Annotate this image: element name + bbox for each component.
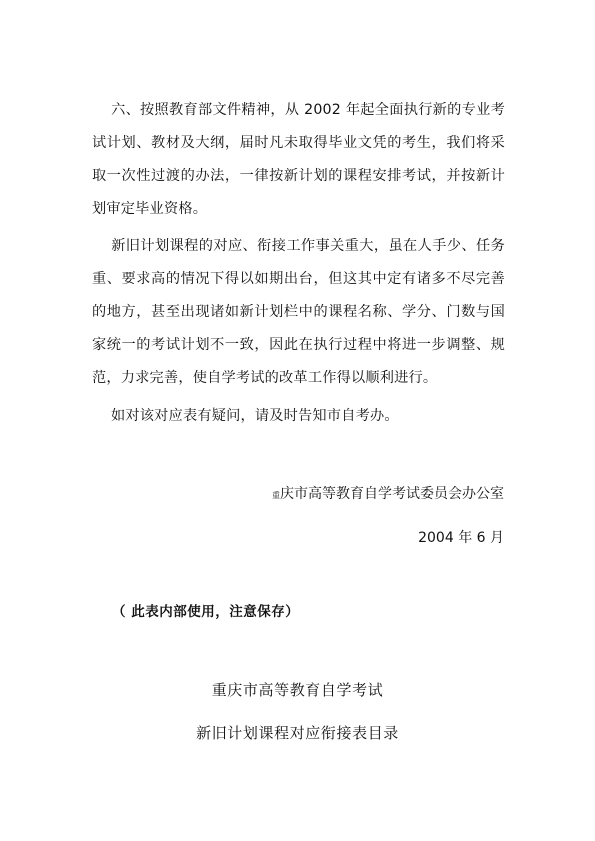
internal-use-note: （ 此表内部使用，注意保存）: [112, 600, 299, 620]
paragraph-transition: 新旧计划课程的对应、衔接工作事关重大，虽在人手少、任务重、要求高的情况下得以如期…: [92, 230, 505, 395]
paragraph-six: 六、按照教育部文件精神，从 2002 年起全面执行新的专业考试计划、教材及大纲，…: [92, 94, 505, 226]
paragraph-contact: 如对该对应表有疑问，请及时告知市自考办。: [92, 400, 505, 433]
signature-organization: 重庆市高等教育自学考试委员会办公室: [272, 483, 504, 503]
signature-organization-text: 庆市高等教育自学考试委员会办公室: [280, 486, 504, 502]
signature-first-char: 重: [272, 491, 280, 500]
paragraph-six-text: 六、按照教育部文件精神，从 2002 年起全面执行新的专业考试计划、教材及大纲，…: [92, 102, 505, 217]
paragraph-contact-text: 如对该对应表有疑问，请及时告知市自考办。: [111, 408, 399, 424]
document-title-sub: 新旧计划课程对应衔接表目录: [0, 722, 595, 743]
signature-date: 2004 年 6 月: [418, 527, 504, 547]
document-title-main: 重庆市高等教育自学考试: [0, 679, 595, 700]
paragraph-transition-text: 新旧计划课程的对应、衔接工作事关重大，虽在人手少、任务重、要求高的情况下得以如期…: [92, 238, 505, 386]
